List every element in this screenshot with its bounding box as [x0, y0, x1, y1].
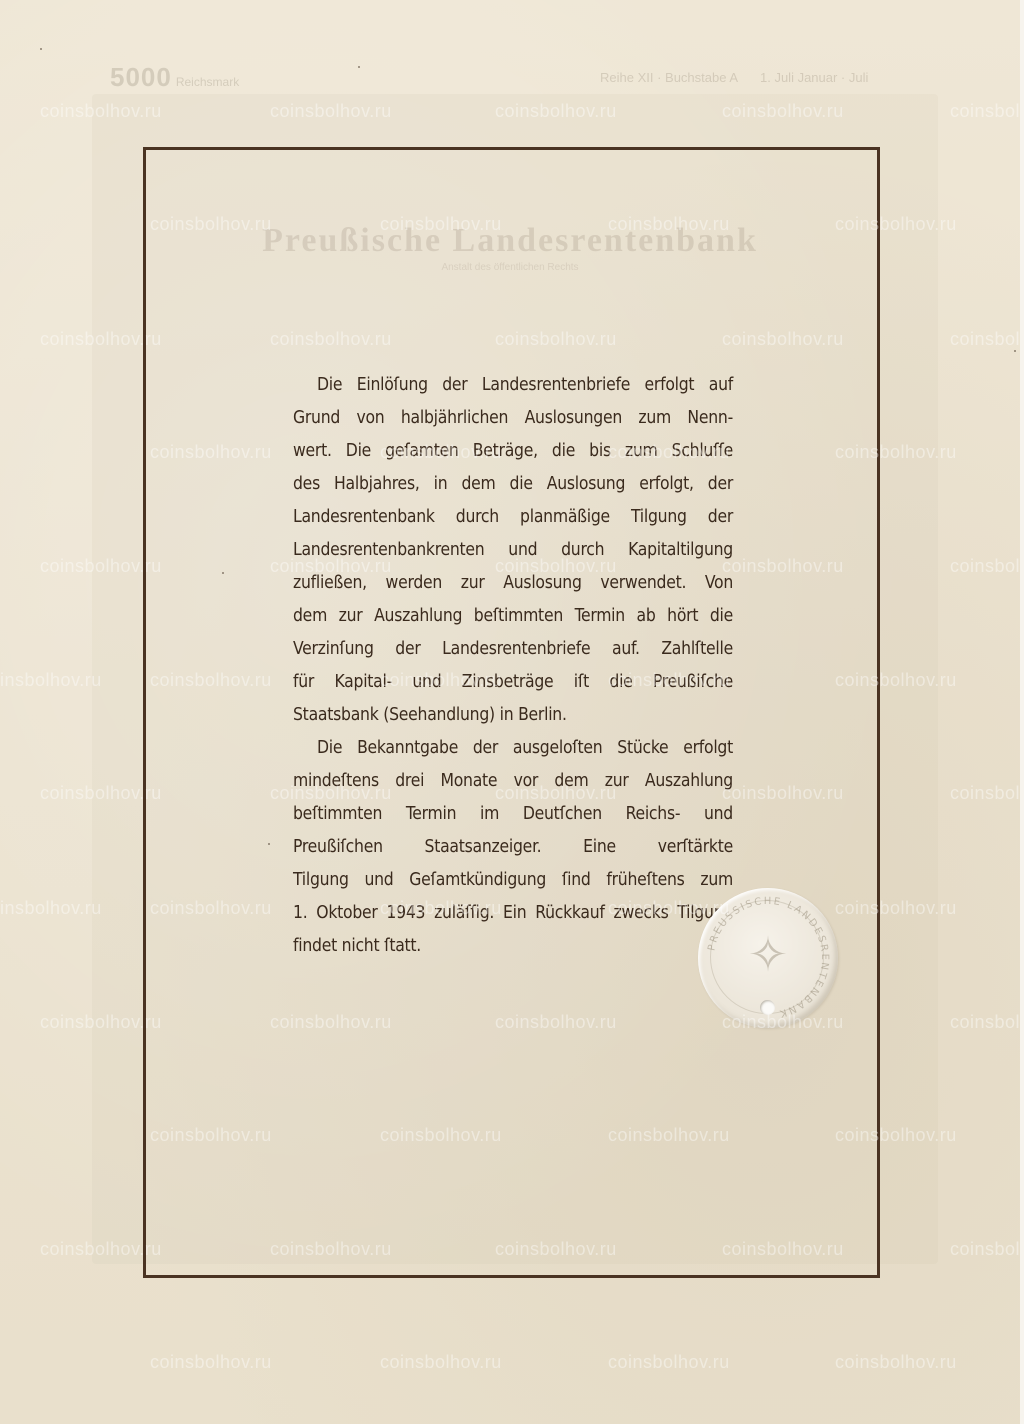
show-through-amount: 5000Reichsmark: [110, 62, 239, 93]
eagle-icon: ✧: [738, 920, 798, 990]
watermark-text: coinsbolhov.ru: [950, 1012, 1024, 1033]
text-line: Verzinſung der Landesrentenbriefe auf. Z…: [293, 633, 733, 666]
paper-speck: [358, 66, 360, 68]
paper-speck: [268, 843, 270, 845]
watermark-text: coinsbolhov.ru: [835, 1352, 957, 1373]
paragraph-announcement: Die Bekanntgabe der ausgeloſten Stücke e…: [293, 732, 733, 963]
text-line: des Halbjahres, in dem die Auslosung erf…: [293, 468, 733, 501]
text-line: Die Bekanntgabe der ausgeloſten Stücke e…: [293, 732, 733, 765]
text-line: Tilgung und Geſamtkündigung ſind früheſt…: [293, 864, 733, 897]
watermark-text: coinsbolhov.ru: [950, 556, 1024, 577]
embossed-seal: PREUSSISCHE LANDESRENTENBANK ✧: [698, 888, 838, 1028]
paper-speck: [40, 48, 42, 50]
text-line: Landesrentenbank durch planmäßige Tilgun…: [293, 501, 733, 534]
text-line: findet nicht ſtatt.: [293, 930, 733, 963]
watermark-text: coinsbolhov.ru: [950, 329, 1024, 350]
watermark-text: coinsbolhov.ru: [950, 1239, 1024, 1260]
watermark-text: coinsbolhov.ru: [0, 670, 102, 691]
watermark-text: coinsbolhov.ru: [608, 1352, 730, 1373]
watermark-text: coinsbolhov.ru: [150, 1352, 272, 1373]
text-line: 1. Oktober 1943 zuläſſig. Ein Rückkauf z…: [293, 897, 733, 930]
text-line: mindeſtens drei Monate vor dem zur Ausza…: [293, 765, 733, 798]
watermark-text: coinsbolhov.ru: [0, 898, 102, 919]
watermark-text: coinsbolhov.ru: [950, 783, 1024, 804]
show-through-series: Reihe XII · Buchstabe A: [600, 70, 738, 85]
terms-text: Die Einlöſung der Landesrentenbriefe erf…: [293, 369, 733, 963]
show-through-date: 1. Juli Januar · Juli: [760, 70, 868, 85]
text-line: Landesrentenbankrenten und durch Kapital…: [293, 534, 733, 567]
watermark-text: coinsbolhov.ru: [380, 1352, 502, 1373]
text-line: Preußiſchen Staatsanzeiger. Eine verſtär…: [293, 831, 733, 864]
punch-hole: [760, 1000, 775, 1015]
text-line: dem zur Auszahlung beſtimmten Termin ab …: [293, 600, 733, 633]
text-line: wert. Die geſamten Beträge, die bis zum …: [293, 435, 733, 468]
paper-speck: [222, 572, 224, 574]
text-line: Grund von halbjährlichen Auslosungen zum…: [293, 402, 733, 435]
text-line: für Kapital- und Zinsbeträge iſt die Pre…: [293, 666, 733, 699]
text-line: Die Einlöſung der Landesrentenbriefe erf…: [293, 369, 733, 402]
paper-speck: [1014, 350, 1016, 352]
document-page: 5000Reichsmark Reihe XII · Buchstabe A 1…: [0, 0, 1024, 1424]
text-line: beſtimmten Termin im Deutſchen Reichs- u…: [293, 798, 733, 831]
text-line: zufließen, werden zur Auslosung verwende…: [293, 567, 733, 600]
show-through-header: 5000Reichsmark Reihe XII · Buchstabe A 1…: [100, 62, 920, 92]
paragraph-redemption: Die Einlöſung der Landesrentenbriefe erf…: [293, 369, 733, 732]
text-line: Staatsbank (Seehandlung) in Berlin.: [293, 699, 733, 732]
watermark-text: coinsbolhov.ru: [950, 101, 1024, 122]
